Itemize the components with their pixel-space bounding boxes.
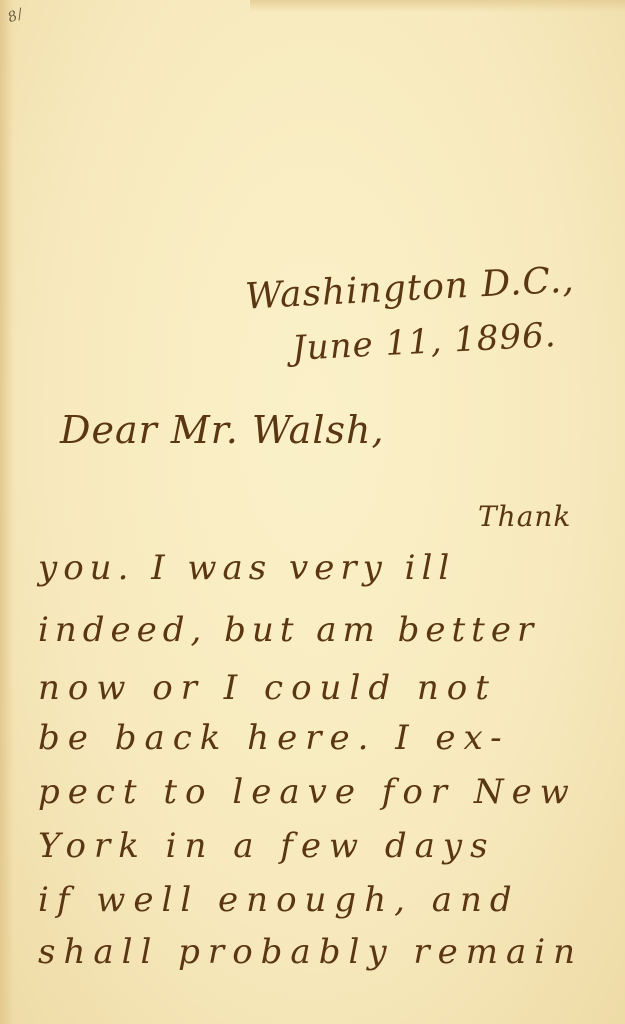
body-line: pect to leave for New	[38, 772, 577, 812]
page-edge-shadow	[0, 0, 14, 1024]
body-line: now or I could not	[38, 668, 497, 708]
salutation: Dear Mr. Walsh,	[60, 408, 385, 452]
letter-place: Washington D.C.,	[244, 259, 575, 317]
body-line: shall probably remain	[38, 932, 583, 972]
body-line: York in a few days	[38, 826, 496, 866]
letter-page: 8/ Washington D.C., June 11, 1896. Dear …	[0, 0, 625, 1024]
body-line: be back here. I ex-	[38, 718, 510, 758]
body-line: if well enough, and	[38, 880, 520, 920]
page-top-shadow	[250, 0, 625, 12]
body-line: you. I was very ill	[38, 548, 455, 588]
letter-date: June 11, 1896.	[291, 315, 557, 369]
body-line: Thank	[478, 500, 571, 533]
body-line: indeed, but am better	[38, 610, 539, 650]
